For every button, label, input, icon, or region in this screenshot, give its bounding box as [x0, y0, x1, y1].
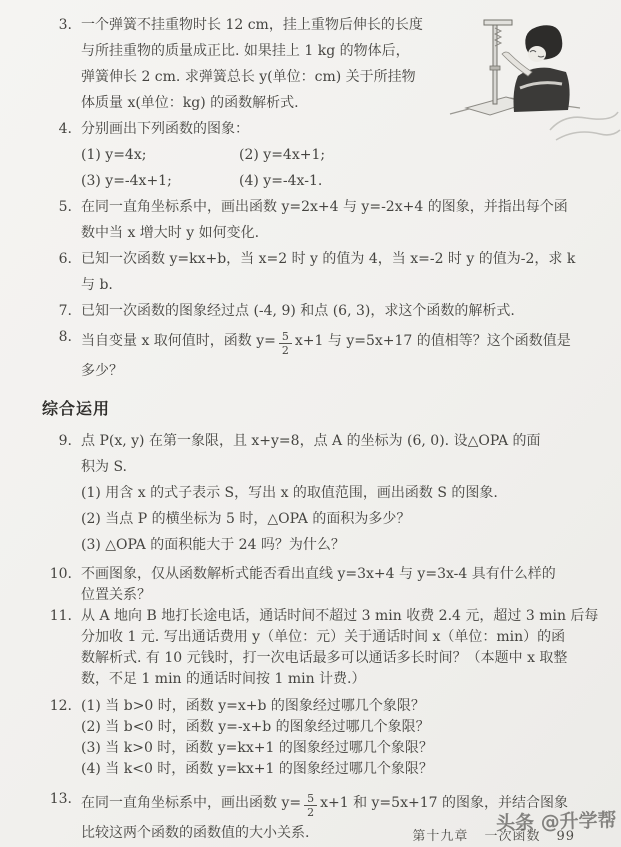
subitem: (2) 当 b<0 时，函数 y=-x+b 的图象经过哪几个象限？ — [81, 717, 592, 738]
problem-text: 当自变量 x 取何值时，函数 y=52x+1 与 y=5x+17 的值相等？这个… — [81, 324, 592, 384]
fraction-denominator: 2 — [279, 344, 292, 357]
problem-number: 10. — [36, 564, 81, 585]
text-line: 多少？ — [81, 358, 592, 384]
problem-6: 6. 已知一次函数 y=kx+b，当 x=2 时 y 的值为 4，当 x=-2 … — [36, 246, 592, 298]
fraction: 52 — [304, 792, 317, 819]
text-line: 分别画出下列函数的图象： — [81, 116, 592, 142]
text-line: 从 A 地向 B 地打长途电话，通话时间不超过 3 min 收费 2.4 元，超… — [81, 606, 592, 627]
subitem: (2) y=4x+1; — [239, 142, 325, 168]
text-line: 与 b. — [81, 272, 592, 298]
text-line: 弹簧伸长 2 cm. 求弹簧总长 y(单位：cm) 关于所挂物 — [81, 64, 459, 90]
subitem: (1) 用含 x 的式子表示 S，写出 x 的取值范围，画出函数 S 的图象. — [81, 480, 592, 506]
problem-text: (1) 当 b>0 时，函数 y=x+b 的图象经过哪几个象限？ (2) 当 b… — [81, 696, 592, 780]
chapter-label: 第十九章 — [412, 829, 468, 844]
problem-text: 一个弹簧不挂重物时长 12 cm，挂上重物后伸长的长度 与所挂重物的质量成正比.… — [81, 12, 459, 116]
text-line: 点 P(x, y) 在第一象限，且 x+y=8，点 A 的坐标为 (6, 0).… — [81, 428, 592, 454]
fraction-numerator: 5 — [304, 792, 317, 806]
text-line: 积为 S. — [81, 454, 592, 480]
problem-number: 6. — [36, 246, 81, 272]
fraction: 52 — [279, 330, 292, 357]
text-line: 不画图象，仅从函数解析式能否看出直线 y=3x+4 与 y=3x-4 具有什么样… — [81, 564, 592, 585]
chapter-title: 一次函数 — [484, 829, 540, 844]
problem-3: 3. 一个弹簧不挂重物时长 12 cm，挂上重物后伸长的长度 与所挂重物的质量成… — [36, 12, 592, 116]
subitem-row: (1) y=4x; (2) y=4x+1; — [81, 142, 592, 168]
text-line: 已知一次函数 y=kx+b，当 x=2 时 y 的值为 4，当 x=-2 时 y… — [81, 246, 592, 272]
problem-12: 12. (1) 当 b>0 时，函数 y=x+b 的图象经过哪几个象限？ (2)… — [36, 696, 592, 780]
problem-number: 5. — [36, 194, 81, 220]
problem-number: 9. — [36, 428, 81, 454]
text-line: 数解析式. 有 10 元钱时，打一次电话最多可以通话多长时间？（本题中 x 取整 — [81, 648, 592, 669]
subitem: (3) 当 k>0 时，函数 y=kx+1 的图象经过哪几个象限？ — [81, 738, 592, 759]
problem-text: 已知一次函数 y=kx+b，当 x=2 时 y 的值为 4，当 x=-2 时 y… — [81, 246, 592, 298]
text-line: 数，不足 1 min 的通话时间按 1 min 计费.） — [81, 669, 592, 690]
problem-text: 从 A 地向 B 地打长途电话，通话时间不超过 3 min 收费 2.4 元，超… — [81, 606, 592, 690]
problem-4: 4. 分别画出下列函数的图象： (1) y=4x; (2) y=4x+1; (3… — [36, 116, 592, 194]
text-segment: x+1 与 y=5x+17 的值相等？这个函数值是 — [295, 333, 571, 349]
problem-text: 不画图象，仅从函数解析式能否看出直线 y=3x+4 与 y=3x-4 具有什么样… — [81, 564, 592, 606]
page-footer: 第十九章一次函数99 — [412, 825, 575, 844]
page-number: 99 — [556, 829, 575, 844]
text-line: 数中当 x 增大时 y 如何变化. — [81, 220, 592, 246]
fraction-numerator: 5 — [279, 330, 292, 344]
problem-number: 13. — [36, 786, 81, 812]
subitem: (1) 当 b>0 时，函数 y=x+b 的图象经过哪几个象限？ — [81, 696, 592, 717]
text-line: 当自变量 x 取何值时，函数 y=52x+1 与 y=5x+17 的值相等？这个… — [81, 324, 592, 358]
problem-text: 点 P(x, y) 在第一象限，且 x+y=8，点 A 的坐标为 (6, 0).… — [81, 428, 592, 558]
subitem: (4) 当 k<0 时，函数 y=kx+1 的图象经过哪几个象限？ — [81, 759, 592, 780]
problem-number: 8. — [36, 324, 81, 350]
exercise-content: 3. 一个弹簧不挂重物时长 12 cm，挂上重物后伸长的长度 与所挂重物的质量成… — [36, 12, 592, 846]
subitem-row: (3) y=-4x+1; (4) y=-4x-1. — [81, 168, 592, 194]
text-line: 体质量 x(单位：kg) 的函数解析式. — [81, 90, 459, 116]
problem-text: 分别画出下列函数的图象： (1) y=4x; (2) y=4x+1; (3) y… — [81, 116, 592, 194]
problem-11: 11. 从 A 地向 B 地打长途电话，通话时间不超过 3 min 收费 2.4… — [36, 606, 592, 690]
problem-number: 7. — [36, 298, 81, 324]
subitem: (1) y=4x; — [81, 142, 239, 168]
text-line: 在同一直角坐标系中，画出函数 y=2x+4 与 y=-2x+4 的图象，并指出每… — [81, 194, 592, 220]
text-line: 分加收 1 元. 写出通话费用 y（单位：元）关于通话时间 x（单位：min）的… — [81, 627, 592, 648]
section-heading: 综合运用 — [42, 396, 592, 419]
text-line: 位置关系？ — [81, 585, 592, 606]
text-line: 一个弹簧不挂重物时长 12 cm，挂上重物后伸长的长度 — [81, 12, 459, 38]
problem-10: 10. 不画图象，仅从函数解析式能否看出直线 y=3x+4 与 y=3x-4 具… — [36, 564, 592, 606]
subitem: (2) 当点 P 的横坐标为 5 时，△OPA 的面积为多少？ — [81, 506, 592, 532]
text-segment: 当自变量 x 取何值时，函数 y= — [81, 333, 276, 349]
problem-number: 3. — [36, 12, 81, 38]
fraction-denominator: 2 — [304, 806, 317, 819]
subitem: (3) y=-4x+1; — [81, 168, 239, 194]
problem-text: 在同一直角坐标系中，画出函数 y=2x+4 与 y=-2x+4 的图象，并指出每… — [81, 194, 592, 246]
problem-8: 8. 当自变量 x 取何值时，函数 y=52x+1 与 y=5x+17 的值相等… — [36, 324, 592, 384]
text-line: 已知一次函数的图象经过点 (-4, 9) 和点 (6, 3)，求这个函数的解析式… — [81, 298, 592, 324]
problem-text: 已知一次函数的图象经过点 (-4, 9) 和点 (6, 3)，求这个函数的解析式… — [81, 298, 592, 324]
subitem: (3) △OPA 的面积能大于 24 吗？为什么？ — [81, 532, 592, 558]
text-segment: 在同一直角坐标系中，画出函数 y= — [81, 795, 301, 811]
textbook-page: 3. 一个弹簧不挂重物时长 12 cm，挂上重物后伸长的长度 与所挂重物的质量成… — [0, 0, 621, 847]
text-line: 与所挂重物的质量成正比. 如果挂上 1 kg 的物体后， — [81, 38, 459, 64]
problem-9: 9. 点 P(x, y) 在第一象限，且 x+y=8，点 A 的坐标为 (6, … — [36, 428, 592, 558]
problem-7: 7. 已知一次函数的图象经过点 (-4, 9) 和点 (6, 3)，求这个函数的… — [36, 298, 592, 324]
subitem: (4) y=-4x-1. — [239, 168, 322, 194]
problem-5: 5. 在同一直角坐标系中，画出函数 y=2x+4 与 y=-2x+4 的图象，并… — [36, 194, 592, 246]
problem-number: 11. — [36, 606, 81, 627]
problem-number: 4. — [36, 116, 81, 142]
problem-number: 12. — [36, 696, 81, 717]
